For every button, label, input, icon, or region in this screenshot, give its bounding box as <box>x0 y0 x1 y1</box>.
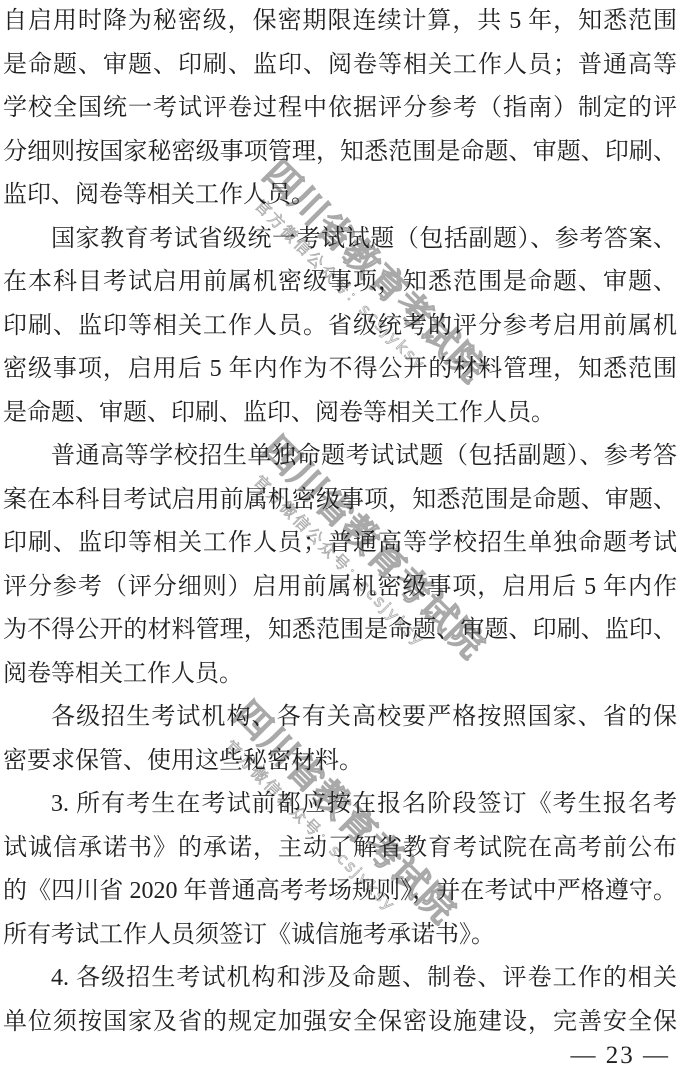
text-line: 案在本科目考试启用前属机密级事项，知悉范围是命题、审题、 <box>3 479 677 523</box>
text-line: 国家教育考试省级统一考试试题（包括副题）、参考答案、 <box>3 218 677 262</box>
text-line: 3. 所有考生在考试前都应按在报名阶段签订《考生报名考 <box>3 783 677 827</box>
text-line: 监印、阅卷等相关工作人员。 <box>3 174 677 218</box>
text-line: 密要求保管、使用这些秘密材料。 <box>3 740 677 784</box>
page-number: — 23 — <box>571 1042 671 1070</box>
paragraph: 4. 各级招生考试机构和涉及命题、制卷、评卷工作的相关单位须按国家及省的规定加强… <box>3 957 677 1044</box>
text-line: 印刷、监印等相关工作人员。省级统考的评分参考启用前属机 <box>3 305 677 349</box>
text-line: 学校全国统一考试评卷过程中依据评分参考（指南）制定的评 <box>3 87 677 131</box>
document-body: 自启用时降为秘密级，保密期限连续计算，共 5 年，知悉范围是命题、审题、印刷、监… <box>3 0 677 1044</box>
text-line: 为不得公开的材料管理，知悉范围是命题、审题、印刷、监印、 <box>3 609 677 653</box>
text-line: 普通高等学校招生单独命题考试试题（包括副题）、参考答 <box>3 435 677 479</box>
text-line: 单位须按国家及省的规定加强安全保密设施建设，完善安全保 <box>3 1001 677 1045</box>
text-line: 的《四川省 2020 年普通高考考场规则》，并在考试中严格遵守。 <box>3 870 677 914</box>
paragraph: 普通高等学校招生单独命题考试试题（包括副题）、参考答案在本科目考试启用前属机密级… <box>3 435 677 696</box>
paragraph: 自启用时降为秘密级，保密期限连续计算，共 5 年，知悉范围是命题、审题、印刷、监… <box>3 0 677 218</box>
text-line: 阅卷等相关工作人员。 <box>3 653 677 697</box>
text-line: 各级招生考试机构、各有关高校要严格按照国家、省的保 <box>3 696 677 740</box>
paragraph: 各级招生考试机构、各有关高校要严格按照国家、省的保密要求保管、使用这些秘密材料。 <box>3 696 677 783</box>
text-line: 在本科目考试启用前属机密级事项，知悉范围是命题、审题、 <box>3 261 677 305</box>
text-line: 4. 各级招生考试机构和涉及命题、制卷、评卷工作的相关 <box>3 957 677 1001</box>
text-line: 印刷、监印等相关工作人员；普通高等学校招生单独命题考试 <box>3 522 677 566</box>
text-line: 评分参考（评分细则）启用前属机密级事项，启用后 5 年内作 <box>3 566 677 610</box>
text-line: 密级事项，启用后 5 年内作为不得公开的材料管理，知悉范围 <box>3 348 677 392</box>
text-line: 是命题、审题、印刷、监印、阅卷等相关工作人员。 <box>3 392 677 436</box>
document-page: 四川省教育考试院 官方微信公众号：scsjyksy 四川省教育考试院 官方微信公… <box>0 0 680 1080</box>
text-line: 所有考试工作人员须签订《诚信施考承诺书》。 <box>3 914 677 958</box>
paragraph: 国家教育考试省级统一考试试题（包括副题）、参考答案、在本科目考试启用前属机密级事… <box>3 218 677 436</box>
text-line: 自启用时降为秘密级，保密期限连续计算，共 5 年，知悉范围 <box>3 0 677 44</box>
text-line: 分细则按国家秘密级事项管理，知悉范围是命题、审题、印刷、 <box>3 131 677 175</box>
text-line: 是命题、审题、印刷、监印、阅卷等相关工作人员；普通高等 <box>3 44 677 88</box>
text-line: 试诚信承诺书》的承诺，主动了解省教育考试院在高考前公布 <box>3 827 677 871</box>
paragraph: 3. 所有考生在考试前都应按在报名阶段签订《考生报名考试诚信承诺书》的承诺，主动… <box>3 783 677 957</box>
